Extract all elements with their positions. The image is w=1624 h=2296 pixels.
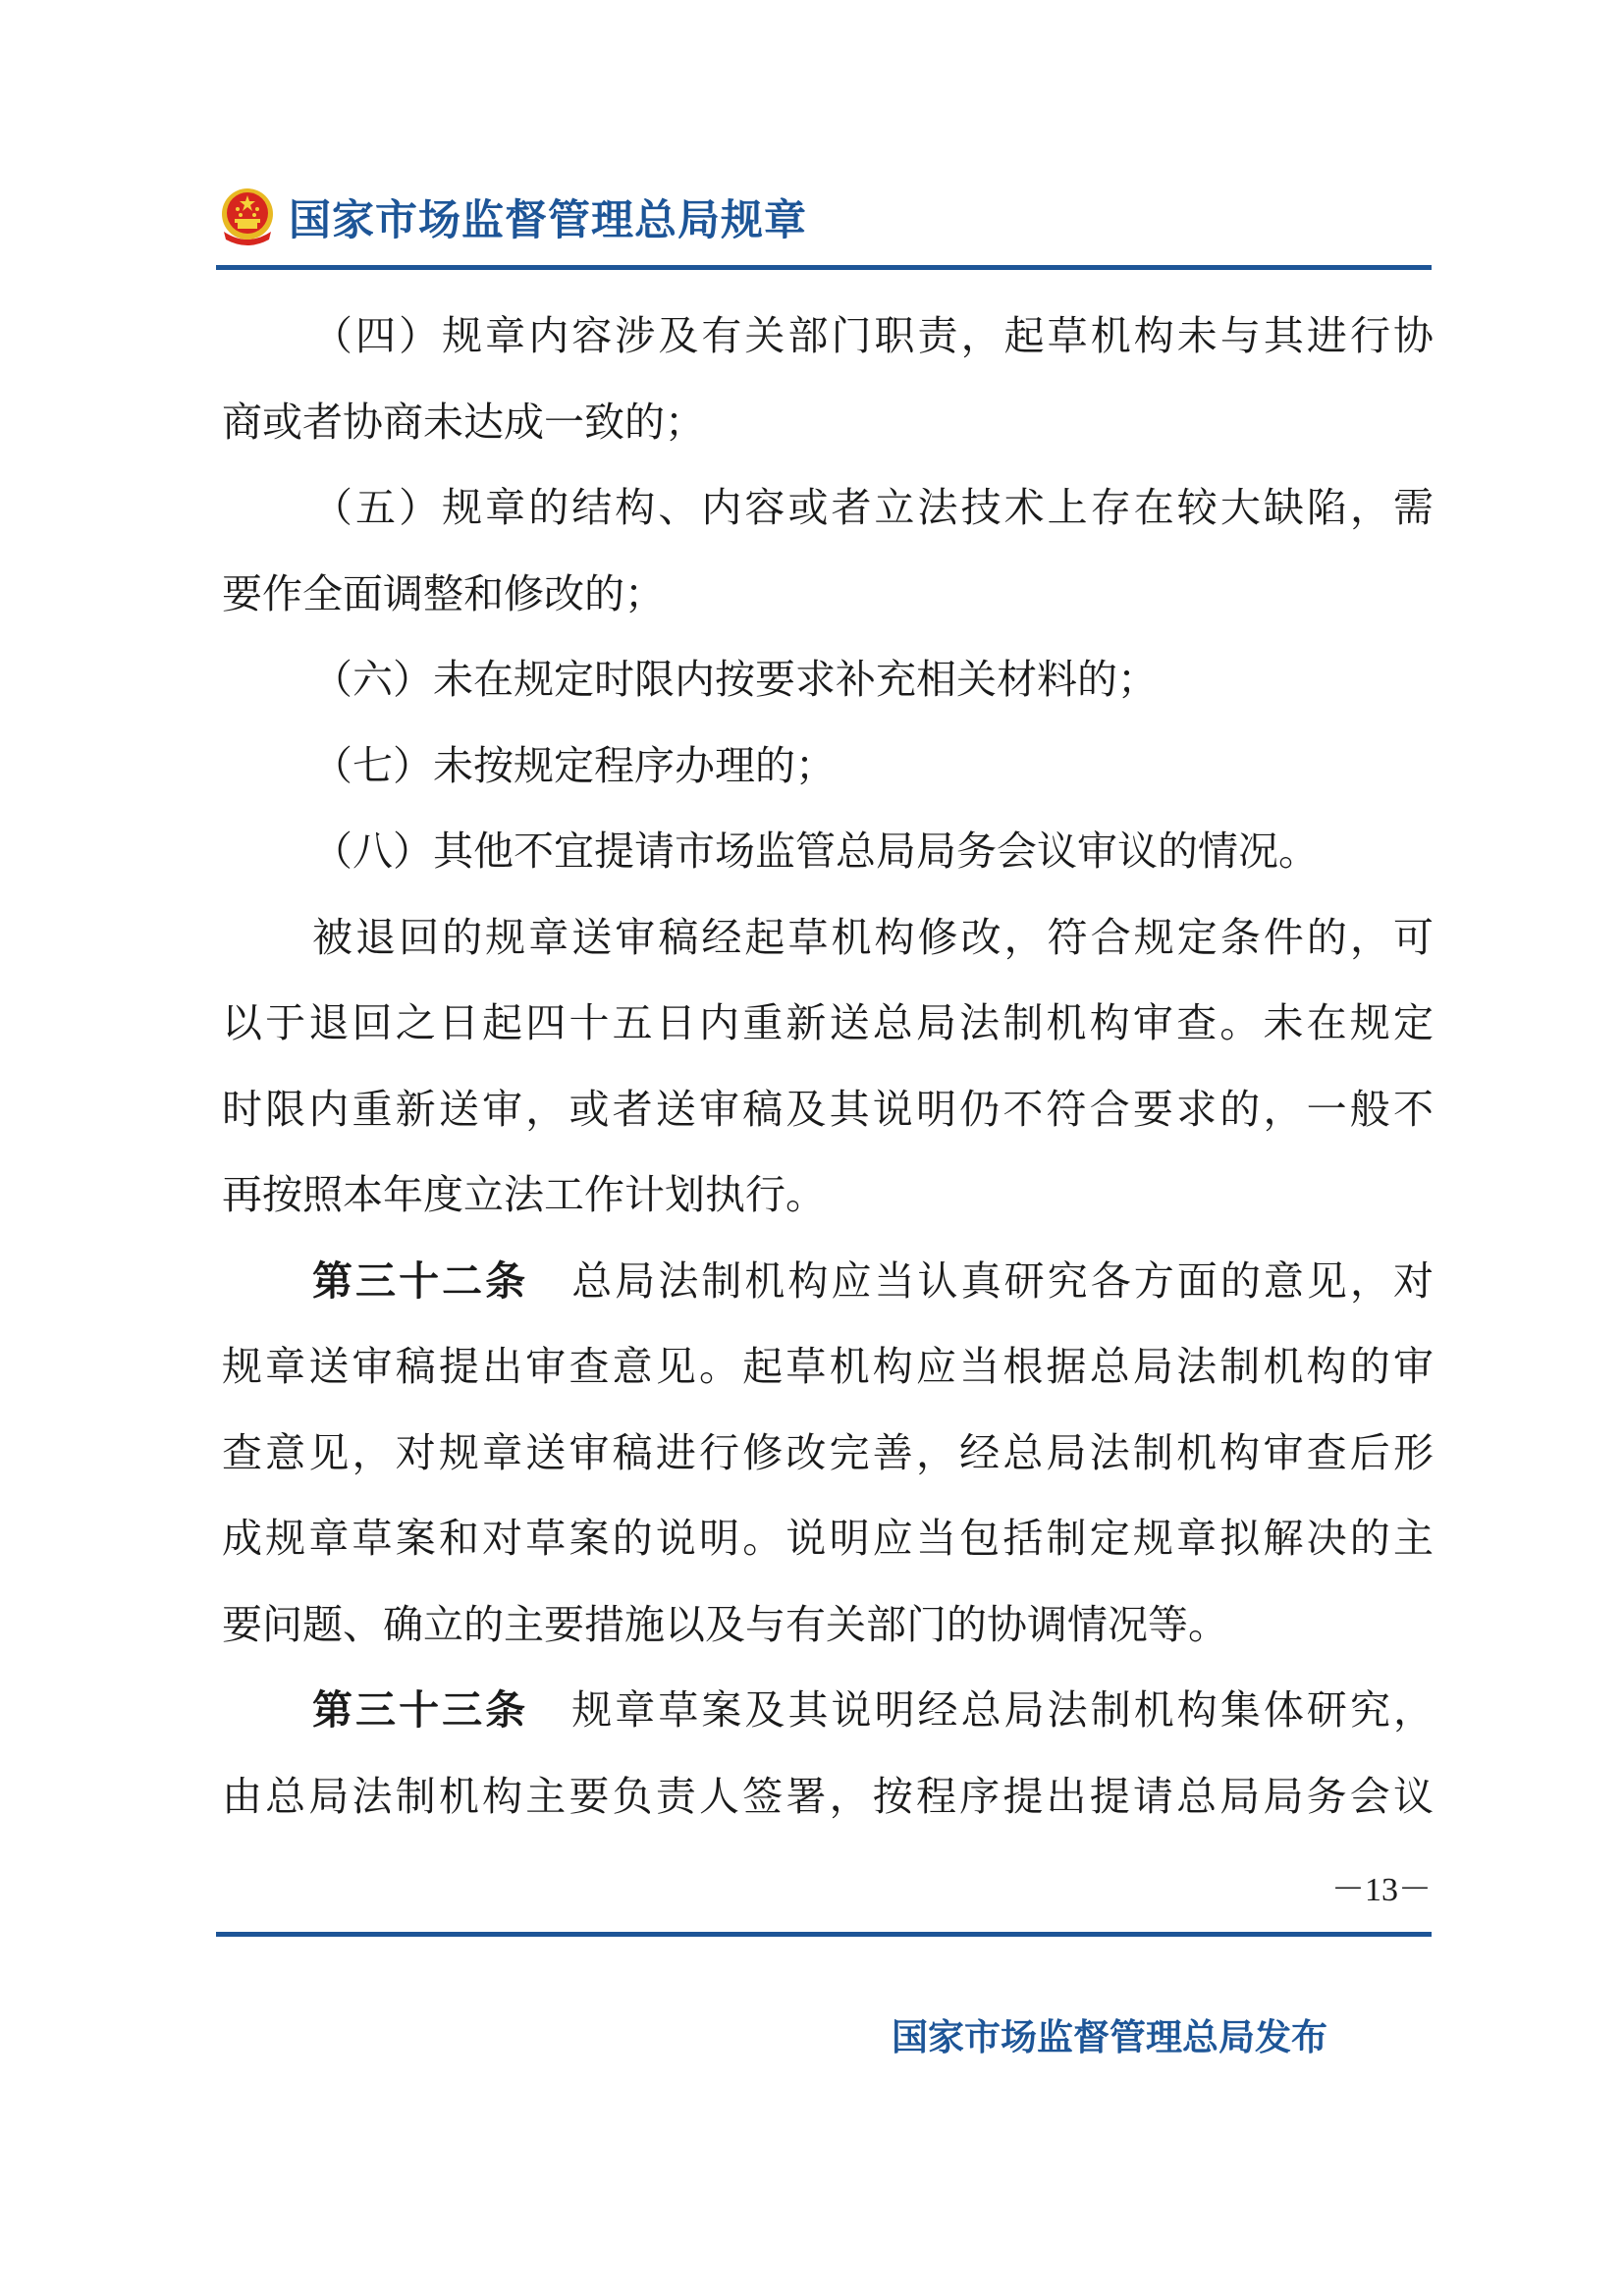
text-line: 规章送审稿提出审查意见。起草机构应当根据总局法制机构的审 [222,1337,1434,1396]
page-header: 国家市场监督管理总局规章 [218,187,807,247]
text-line: （五）规章的结构、内容或者立法技术上存在较大缺陷，需 [312,478,1434,537]
text-line: 商或者协商未达成一致的； [222,393,1434,452]
text-line: 时限内重新送审，或者送审稿及其说明仍不符合要求的，一般不 [222,1080,1434,1139]
text-line: （七）未按规定程序办理的； [312,736,1434,795]
article-paragraph-line: 第三十二条 总局法制机构应当认真研究各方面的意见，对 [312,1252,1434,1310]
header-title: 国家市场监督管理总局规章 [289,187,807,247]
line-text: 规章送审稿提出审查意见。起草机构应当根据总局法制机构的审 [222,1343,1434,1390]
line-text: 要问题、确立的主要措施以及与有关部门的协调情况等。 [222,1601,1228,1648]
text-line: 被退回的规章送审稿经起草机构修改，符合规定条件的，可 [312,908,1434,967]
line-text: 查意见，对规章送审稿进行修改完善，经总局法制机构审查后形 [222,1429,1434,1476]
line-text: 要作全面调整和修改的； [222,570,665,617]
national-emblem-icon [218,187,277,247]
text-line: 以于退回之日起四十五日内重新送总局法制机构审查。未在规定 [222,993,1434,1052]
line-text: （四）规章内容涉及有关部门职责，起草机构未与其进行协 [312,312,1434,359]
text-line: （四）规章内容涉及有关部门职责，起草机构未与其进行协 [312,306,1434,365]
line-text: 规章草案及其说明经总局法制机构集体研究， [528,1686,1434,1734]
text-line: （六）未在规定时限内按要求补充相关材料的； [312,650,1434,709]
line-text: （七）未按规定程序办理的； [312,742,836,789]
text-line: 由总局法制机构主要负责人签署，按程序提出提请总局局务会议 [222,1767,1434,1826]
line-text: 再按照本年度立法工作计划执行。 [222,1171,826,1218]
footer-publisher: 国家市场监督管理总局发布 [892,2007,1327,2060]
line-text: 时限内重新送审，或者送审稿及其说明仍不符合要求的，一般不 [222,1086,1434,1133]
article-number: 第三十二条 [312,1257,528,1305]
line-text: 总局法制机构应当认真研究各方面的意见，对 [528,1257,1434,1305]
article-paragraph-line: 第三十三条 规章草案及其说明经总局法制机构集体研究， [312,1681,1434,1739]
line-text: 商或者协商未达成一致的； [222,399,705,446]
line-text: 以于退回之日起四十五日内重新送总局法制机构审查。未在规定 [222,999,1434,1046]
article-number: 第三十三条 [312,1686,528,1734]
line-text: （五）规章的结构、内容或者立法技术上存在较大缺陷，需 [312,484,1434,531]
line-text: （六）未在规定时限内按要求补充相关材料的； [312,656,1158,703]
line-text: 被退回的规章送审稿经起草机构修改，符合规定条件的，可 [312,914,1434,961]
header-divider [216,265,1432,270]
page-number: －13－ [1331,1862,1432,1910]
line-text: 由总局法制机构主要负责人签署，按程序提出提请总局局务会议 [222,1773,1434,1820]
text-line: 要作全面调整和修改的； [222,564,1434,623]
text-line: 查意见，对规章送审稿进行修改完善，经总局法制机构审查后形 [222,1423,1434,1482]
text-line: 成规章草案和对草案的说明。说明应当包括制定规章拟解决的主 [222,1509,1434,1568]
text-line: 再按照本年度立法工作计划执行。 [222,1165,1434,1224]
footer-divider [216,1932,1432,1937]
text-line: 要问题、确立的主要措施以及与有关部门的协调情况等。 [222,1595,1434,1654]
line-text: 成规章草案和对草案的说明。说明应当包括制定规章拟解决的主 [222,1515,1434,1562]
text-line: （八）其他不宜提请市场监管总局局务会议审议的情况。 [312,822,1434,881]
line-text: （八）其他不宜提请市场监管总局局务会议审议的情况。 [312,828,1319,875]
